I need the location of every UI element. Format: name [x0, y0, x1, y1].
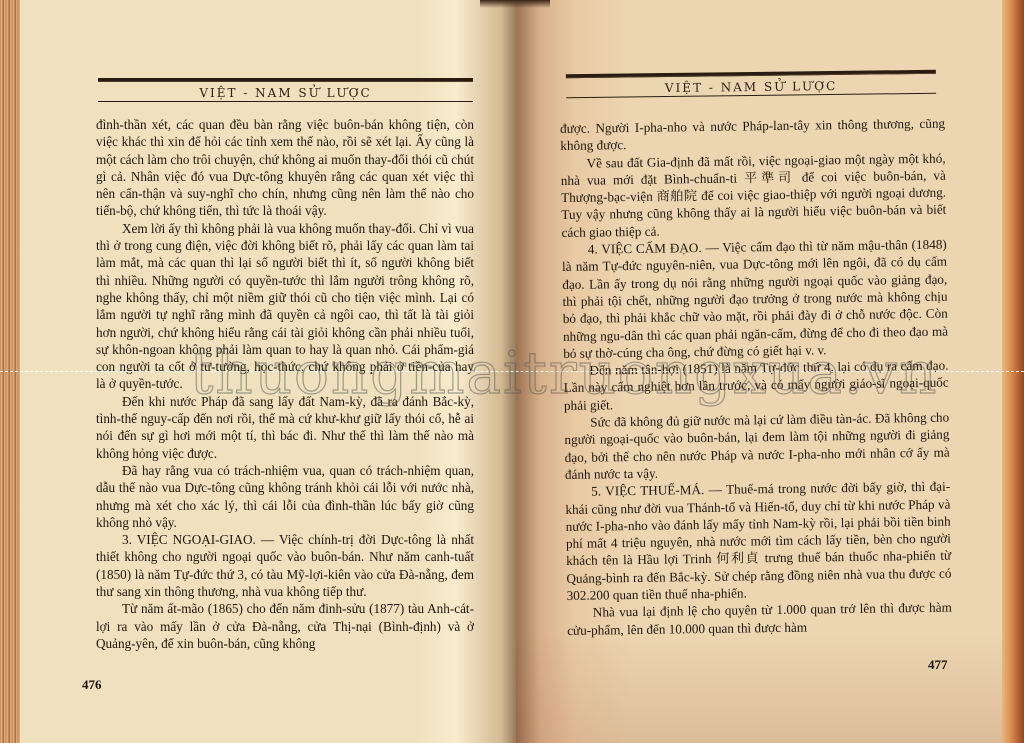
paragraph: Đã hay rằng vua có trách-nhiệm vua, quan…: [96, 462, 474, 531]
paragraph: Về sau đất Gia-định đã mất rồi, việc ngo…: [560, 149, 946, 241]
paragraph: Đến khi nước Pháp đã sang lấy đất Nam-kỳ…: [96, 393, 474, 462]
paragraph: Nhà vua lại định lệ cho quyên từ 1.000 q…: [567, 599, 952, 639]
page-number-left: 476: [82, 677, 102, 693]
paragraph: Sức đã không đủ giữ nước mà lại cứ làm đ…: [564, 409, 950, 484]
left-page-header: VIỆT - NAM SỬ LƯỢC: [98, 78, 473, 102]
spine-shadow: [480, 0, 550, 8]
left-page: VIỆT - NAM SỬ LƯỢC đình-thần xét, các qu…: [20, 0, 516, 743]
paragraph: được. Người I-pha-nho và nước Pháp-lan-t…: [560, 115, 945, 155]
header-rule-bottom: [98, 101, 473, 102]
section-paragraph-cam-dao: 4. VIỆC CẤM ĐẠO. — Việc cấm đạo thì từ n…: [562, 236, 949, 362]
right-page: VIỆT - NAM SỬ LƯỢC được. Người I-pha-nho…: [516, 0, 1002, 743]
paragraph: đình-thần xét, các quan đều bàn rằng việ…: [96, 116, 474, 220]
section-paragraph-thue-ma: 5. VIỆC THUẾ-MÁ. — Thuế-má trong nước đờ…: [565, 478, 952, 604]
section-paragraph-ngoai-giao: 3. VIỆC NGOẠI-GIAO. — Việc chính-trị đời…: [96, 531, 474, 600]
right-page-header: VIỆT - NAM SỬ LƯỢC: [566, 70, 936, 99]
right-page-edges: [1002, 0, 1024, 743]
paragraph: Từ năm ất-mão (1865) cho đến năm đinh-sử…: [96, 600, 474, 652]
paragraph: Đến năm tân-hợi (1851) là năm Tự-đức thứ…: [563, 357, 949, 414]
open-book-scan: VIỆT - NAM SỬ LƯỢC đình-thần xét, các qu…: [0, 0, 1024, 743]
running-title: VIỆT - NAM SỬ LƯỢC: [98, 84, 473, 101]
right-page-body: được. Người I-pha-nho và nước Pháp-lan-t…: [560, 115, 952, 639]
paragraph: Xem lời ấy thì không phải là vua không m…: [96, 220, 474, 393]
left-page-body: đình-thần xét, các quan đều bàn rằng việ…: [96, 116, 474, 652]
page-number-right: 477: [928, 657, 948, 673]
header-rule-top: [98, 78, 473, 82]
left-page-edges: [0, 0, 20, 743]
